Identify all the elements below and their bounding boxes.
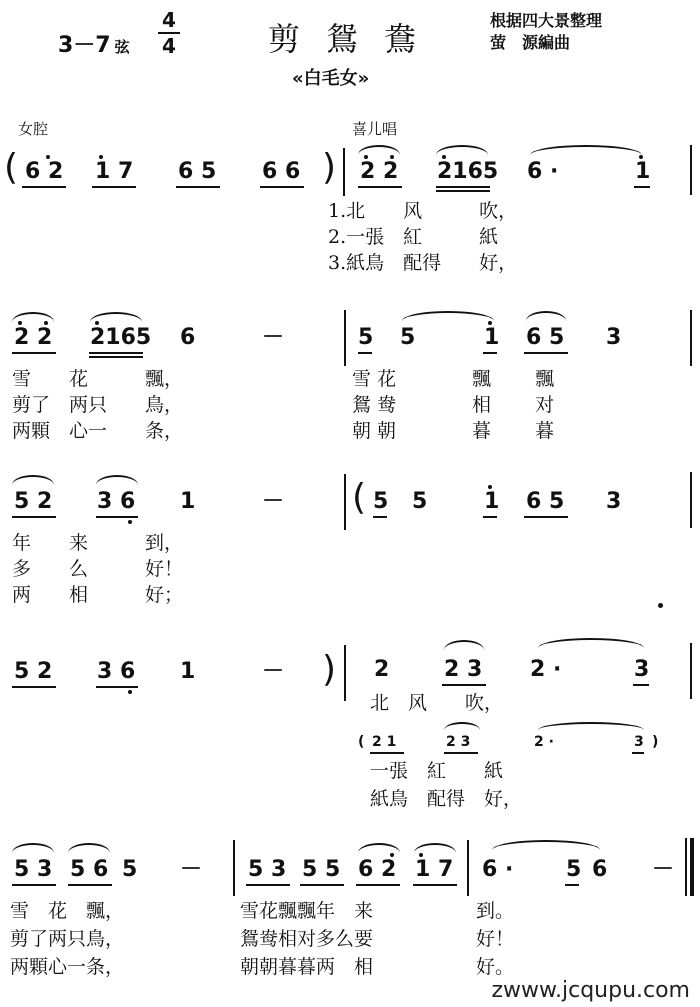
bar-line bbox=[690, 145, 692, 195]
slur bbox=[96, 475, 138, 485]
key-signature: 3－7弦 bbox=[58, 28, 130, 59]
slur bbox=[436, 145, 488, 155]
underline bbox=[632, 752, 644, 754]
lyric-verse-2: 多 么 好！ bbox=[12, 558, 183, 580]
slur bbox=[358, 843, 400, 853]
octave-dot bbox=[639, 155, 643, 159]
credit-line-1: 根据四大景整理 bbox=[490, 10, 602, 32]
underline bbox=[358, 186, 402, 188]
note-group: 6 5 bbox=[526, 326, 564, 350]
note-group: － bbox=[180, 858, 202, 882]
credit-line-2: 萤 源編曲 bbox=[490, 32, 602, 54]
slur bbox=[444, 722, 480, 730]
underline bbox=[356, 884, 400, 886]
note-group: － bbox=[262, 660, 284, 684]
octave-dot bbox=[390, 853, 394, 857]
key-suffix: 弦 bbox=[115, 38, 130, 56]
underline bbox=[12, 884, 56, 886]
note-group: 6 · bbox=[527, 160, 558, 184]
note-group: 2 · bbox=[530, 658, 561, 682]
lyric-verse-1: 北 风 吹， bbox=[370, 692, 503, 714]
underline bbox=[633, 684, 649, 686]
interlude-close-paren: ) bbox=[652, 734, 658, 750]
slur bbox=[492, 840, 600, 850]
note-group: 3 bbox=[606, 326, 621, 350]
underline bbox=[634, 186, 650, 188]
note-group: 6 2 bbox=[25, 160, 63, 184]
underline bbox=[12, 352, 56, 354]
note-group: 2165 bbox=[90, 326, 151, 350]
note-group: 2 2 bbox=[360, 160, 398, 184]
close-paren: ) bbox=[322, 652, 336, 688]
note-group: 1 7 bbox=[415, 858, 453, 882]
note-group: 2165 bbox=[437, 160, 498, 184]
underline bbox=[260, 186, 304, 188]
octave-dot bbox=[364, 155, 368, 159]
watermark: zwww.jcqupu.com bbox=[491, 978, 690, 1003]
octave-dot bbox=[46, 155, 50, 159]
underline bbox=[370, 752, 404, 754]
note-group: 6 bbox=[592, 858, 607, 882]
lyric-verse-2: 一張 紅 紙 bbox=[370, 760, 503, 782]
time-sig-top: 4 bbox=[158, 10, 180, 30]
close-paren: ) bbox=[322, 150, 336, 186]
lyric-verse-2: 鴛 鸯 相 对 bbox=[352, 394, 554, 416]
bar-line bbox=[467, 840, 469, 896]
bar-line bbox=[233, 840, 235, 896]
slur bbox=[68, 843, 110, 853]
octave-dot bbox=[419, 853, 423, 857]
underline bbox=[524, 516, 568, 518]
underline bbox=[96, 686, 138, 688]
underline bbox=[22, 186, 66, 188]
slur bbox=[538, 638, 644, 648]
low-octave-dot bbox=[128, 690, 132, 694]
interlude-notes: 2 · bbox=[534, 734, 554, 750]
note-group: 5 bbox=[358, 326, 373, 350]
lyric-verse-1: 雪花飄飄年 来 bbox=[240, 900, 373, 922]
note-group: 1 bbox=[484, 490, 499, 514]
credits: 根据四大景整理 萤 源編曲 bbox=[490, 10, 602, 54]
lyric-verse-2: 2.一張 紅 紙 bbox=[328, 226, 498, 248]
lyric-verse-1: 雪 花 飄 飄 bbox=[352, 368, 554, 390]
underline bbox=[483, 516, 497, 518]
octave-dot bbox=[18, 321, 22, 325]
lyric-verse-1: 到。 bbox=[476, 900, 514, 922]
note-group: 5 bbox=[412, 490, 427, 514]
note-group: 1 bbox=[180, 490, 195, 514]
singer-label: 喜儿唱 bbox=[352, 118, 397, 139]
note-group: 1 bbox=[635, 160, 650, 184]
octave-dot bbox=[95, 321, 99, 325]
lyric-verse-3: 朝朝暮暮两 相 bbox=[240, 956, 373, 978]
slur bbox=[414, 843, 456, 853]
slur bbox=[358, 145, 400, 155]
underline bbox=[12, 686, 56, 688]
note-group: 5 6 bbox=[70, 858, 108, 882]
lyric-verse-3: 两顆 心一 条， bbox=[12, 420, 183, 442]
octave-dot bbox=[488, 485, 492, 489]
slur bbox=[402, 311, 494, 321]
time-signature: 4 4 bbox=[158, 10, 180, 56]
note-group: 1 7 bbox=[95, 160, 133, 184]
final-bar-thin bbox=[685, 838, 687, 896]
note-group: 3 6 bbox=[97, 660, 135, 684]
lyric-verse-3: 两 相 好； bbox=[12, 584, 183, 606]
low-octave-dot bbox=[128, 520, 132, 524]
bar-line bbox=[690, 310, 692, 366]
underline bbox=[89, 352, 143, 354]
subtitle: «白毛女» bbox=[292, 64, 369, 90]
note-group: 2 2 bbox=[14, 326, 52, 350]
slur bbox=[538, 722, 644, 730]
lyric-verse-1: 雪 花 飄， bbox=[10, 900, 124, 922]
bar-line bbox=[344, 645, 346, 701]
lyric-verse-3: 紙鳥 配得 好， bbox=[370, 788, 522, 810]
note-group: 3 bbox=[634, 658, 649, 682]
note-group: 6 bbox=[180, 326, 195, 350]
lyric-verse-2: 剪了 两只 鳥， bbox=[12, 394, 183, 416]
underline bbox=[524, 352, 568, 354]
bar-line bbox=[343, 148, 345, 196]
underline bbox=[444, 752, 478, 754]
lyric-verse-1: 1.北 风 吹， bbox=[328, 200, 517, 222]
underline bbox=[96, 516, 138, 518]
open-paren: ( bbox=[4, 150, 18, 186]
octave-dot bbox=[99, 155, 103, 159]
octave-dot bbox=[390, 155, 394, 159]
note-group: 5 bbox=[373, 490, 388, 514]
underline bbox=[300, 884, 344, 886]
note-group: 1 bbox=[180, 660, 195, 684]
song-title: 剪鴛鴦 bbox=[268, 14, 442, 60]
lyric-verse-3: 朝 朝 暮 暮 bbox=[352, 420, 554, 442]
underline bbox=[442, 684, 486, 686]
bar-line bbox=[690, 472, 692, 528]
underline bbox=[92, 186, 136, 188]
note-group: － bbox=[262, 326, 284, 350]
lyric-verse-2: 鴛鸯相对多么要 bbox=[240, 928, 373, 950]
note-group: 5 bbox=[122, 858, 137, 882]
note-group: 3 bbox=[606, 490, 621, 514]
underline bbox=[246, 884, 290, 886]
lyric-verse-3: 3.紙鳥 配得 好， bbox=[328, 252, 517, 274]
note-group: 5 5 bbox=[302, 858, 340, 882]
slur bbox=[12, 843, 54, 853]
note-group: 5 bbox=[566, 858, 581, 882]
note-group: 6 5 bbox=[526, 490, 564, 514]
note-group: 6 2 bbox=[358, 858, 396, 882]
bar-line bbox=[344, 310, 346, 366]
note-group: 3 6 bbox=[97, 490, 135, 514]
time-sig-bottom: 4 bbox=[158, 36, 180, 56]
bar-line bbox=[344, 474, 346, 530]
underline bbox=[89, 356, 143, 358]
interlude-notes: 2 1 bbox=[372, 734, 396, 750]
note-group: 5 3 bbox=[248, 858, 286, 882]
final-bar-thick bbox=[690, 838, 694, 896]
interlude-open-paren: ( bbox=[358, 734, 364, 750]
underline bbox=[483, 352, 497, 354]
lyric-verse-1: 年 来 到， bbox=[12, 532, 183, 554]
bar-line bbox=[690, 643, 692, 699]
underline bbox=[413, 884, 457, 886]
underline bbox=[373, 516, 387, 518]
note-group: 6 6 bbox=[262, 160, 300, 184]
note-group: 5 bbox=[400, 326, 415, 350]
interlude-notes: 2 3 bbox=[446, 734, 470, 750]
lyric-verse-3: 两顆心一条， bbox=[10, 956, 124, 978]
octave-dot bbox=[488, 321, 492, 325]
note-group: － bbox=[652, 858, 674, 882]
note-group: 5 2 bbox=[14, 490, 52, 514]
open-paren: ( bbox=[352, 480, 366, 516]
lyric-verse-3: 好。 bbox=[476, 956, 514, 978]
note-group: 2 bbox=[374, 658, 389, 682]
slur bbox=[444, 640, 484, 650]
underline bbox=[358, 352, 372, 354]
key-text: 3－7 bbox=[58, 33, 111, 58]
stray-mark bbox=[658, 603, 663, 608]
slur bbox=[12, 475, 54, 485]
underline bbox=[565, 884, 579, 886]
underline bbox=[176, 186, 220, 188]
lyric-verse-2: 剪了两只鳥， bbox=[10, 928, 124, 950]
lyric-verse-1: 雪 花 飄， bbox=[12, 368, 183, 390]
underline bbox=[12, 516, 56, 518]
note-group: 6 5 bbox=[178, 160, 216, 184]
intro-voice-label: 女腔 bbox=[18, 118, 48, 139]
note-group: 6 · bbox=[482, 858, 513, 882]
underline bbox=[436, 186, 490, 188]
underline bbox=[68, 884, 112, 886]
note-group: 2 3 bbox=[444, 658, 482, 682]
slur bbox=[526, 311, 566, 321]
note-group: 1 bbox=[484, 326, 499, 350]
octave-dot bbox=[442, 155, 446, 159]
note-group: 5 3 bbox=[14, 858, 52, 882]
octave-dot bbox=[44, 321, 48, 325]
slur bbox=[530, 145, 642, 155]
lyric-verse-2: 好！ bbox=[476, 928, 514, 950]
underline bbox=[436, 190, 490, 192]
interlude-notes: 3 bbox=[634, 734, 644, 750]
note-group: 5 2 bbox=[14, 660, 52, 684]
note-group: － bbox=[262, 490, 284, 514]
